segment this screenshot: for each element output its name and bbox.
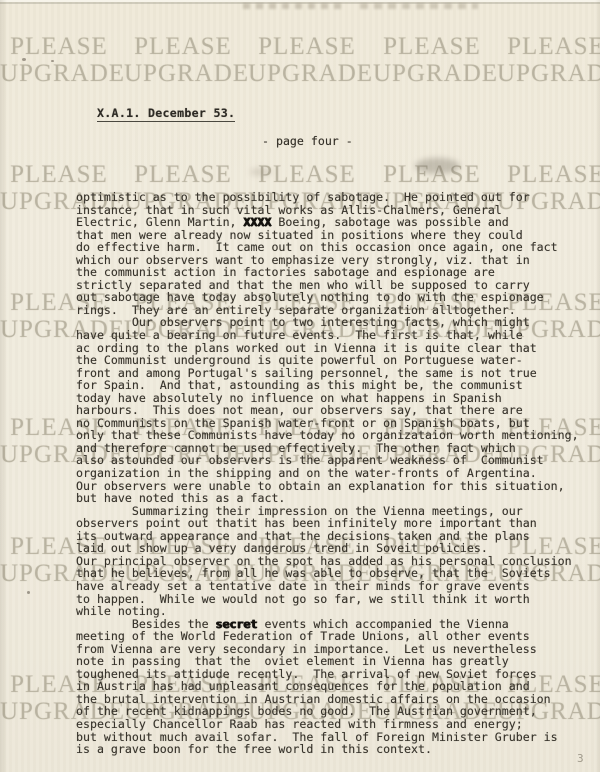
document-reference: X.A.1. December 53. (97, 106, 235, 122)
watermark-text: PLEASEUPGRADE (248, 33, 366, 87)
paper-speck (51, 60, 54, 62)
ink-smudge (250, 168, 272, 176)
text-line: is a grave boon for the free world in th… (76, 743, 579, 756)
text-line: in Austria has had unpleasant consequenc… (76, 680, 579, 693)
scanned-document-page: PLEASEUPGRADEPLEASEUPGRADEPLEASEUPGRADEP… (0, 0, 600, 772)
scan-edge-right (595, 0, 600, 772)
page-label: - page four - (262, 134, 353, 148)
text-line: organization in the shipping and on the … (76, 467, 579, 480)
text-line: have quite a bearing on future events. T… (76, 329, 579, 342)
text-line: Electric, Glenn Martin, XXXX Boeing, sab… (76, 216, 579, 229)
text-line: harbours. This does not mean, our observ… (76, 404, 579, 417)
text-line: observers point out thatit has been infi… (76, 517, 579, 530)
page-number: 3 (577, 752, 584, 765)
text-line: but have noted this as a fact. (76, 492, 579, 505)
watermark-text: PLEASEUPGRADE (124, 33, 242, 87)
text-line: for Spain. And that, astounding as this … (76, 379, 579, 392)
watermark-text: PLEASEUPGRADE (373, 33, 491, 87)
text-line: especially Chancellor Raab has reacted w… (76, 718, 579, 731)
ink-smudge (415, 158, 460, 174)
scan-edge-top-line (0, 2, 600, 4)
paper-speck (27, 591, 30, 594)
text-line: the communist action in factories sabota… (76, 266, 579, 279)
text-line: do effective harm. It came out on this o… (76, 241, 579, 254)
overstruck-word: XXXX (244, 215, 272, 229)
scan-edge-left (0, 0, 7, 772)
text-line: the Communist underground is quite power… (76, 354, 579, 367)
typewritten-text: optimistic as to the possibility of sabo… (76, 191, 579, 756)
watermark-text: PLEASEUPGRADE (0, 33, 118, 87)
text-line: meeting of the World Federation of Trade… (76, 630, 579, 643)
text-line: have already set a tentative date in the… (76, 580, 579, 593)
paper-speck (22, 58, 26, 61)
text-line: optimistic as to the possibility of sabo… (76, 191, 579, 204)
text-line: note in passing that the oviet element i… (76, 655, 579, 668)
watermark-text: PLEASEUPGRADE (497, 33, 600, 87)
text-line: while noting. (76, 605, 579, 618)
text-line: laid out show up a very dangerous trend … (76, 542, 579, 555)
